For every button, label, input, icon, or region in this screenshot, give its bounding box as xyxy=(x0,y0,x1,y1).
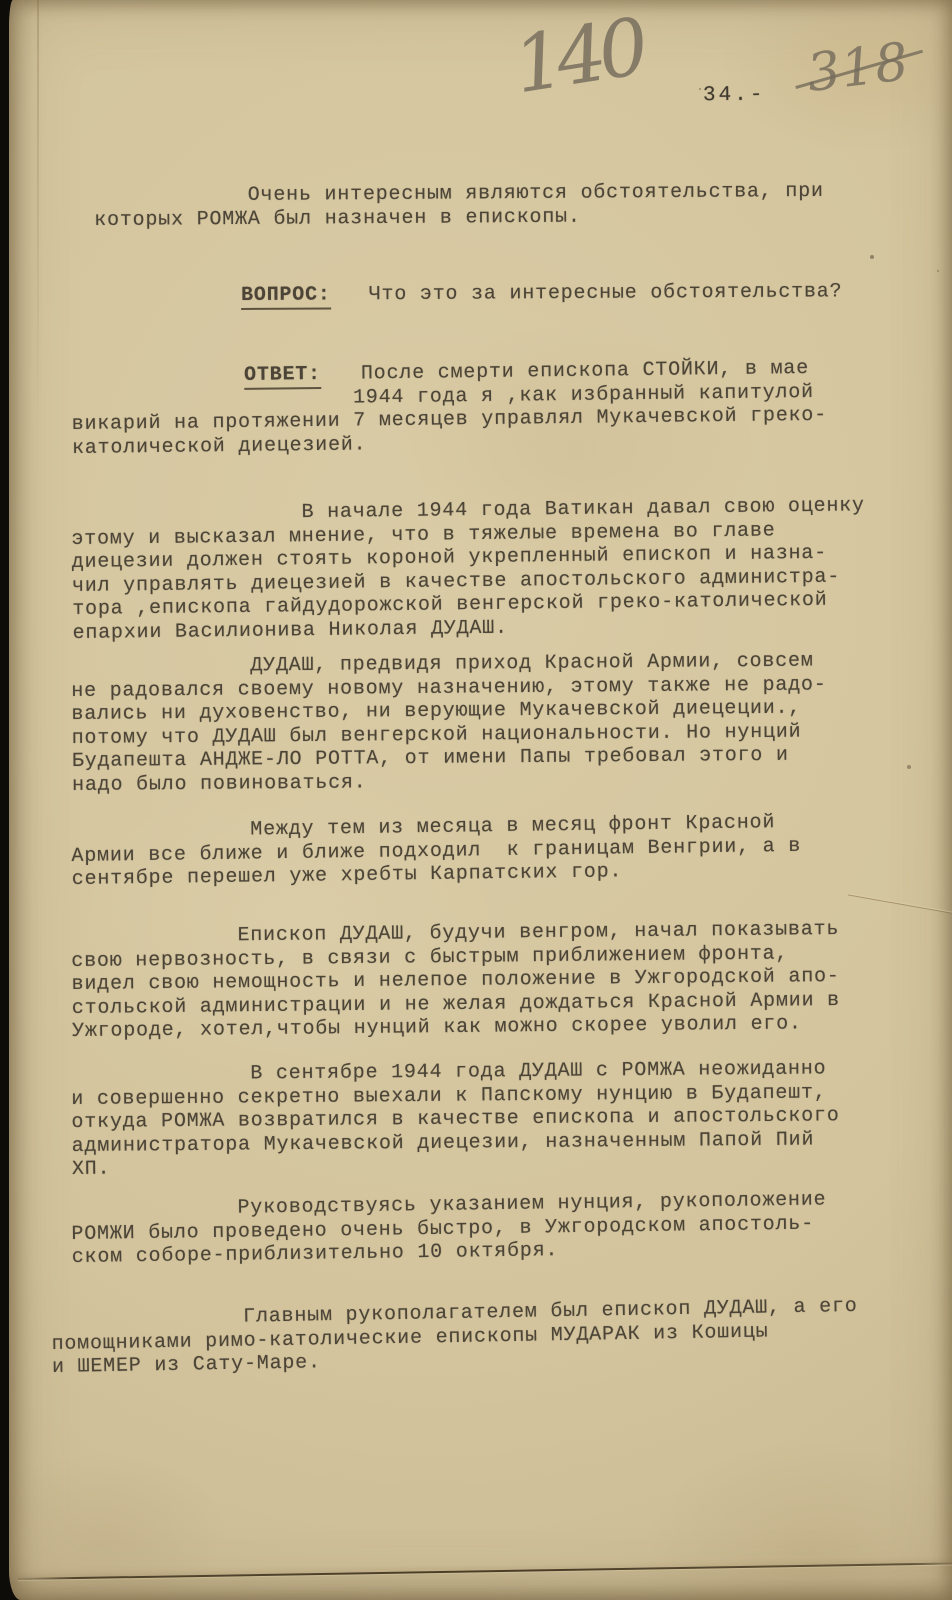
page-number: 34.- xyxy=(703,84,766,108)
paper-crease-left-edge xyxy=(37,0,39,430)
handwritten-number-318-struck: 318 xyxy=(804,32,913,104)
paragraph-budapest-trip: В сентябре 1944 года ДУДАШ с РОМЖА неожи… xyxy=(71,1057,840,1181)
question-label: ВОПРОС: xyxy=(241,283,331,310)
question-text: Что это за интересные обстоятельства? xyxy=(369,280,843,306)
paper-specks xyxy=(9,0,11,2)
answer-label: ОТВЕТ: xyxy=(244,363,321,390)
paragraph-consecration: Руководствуясь указанием нунция, рукопол… xyxy=(71,1188,827,1269)
answer-indent xyxy=(71,380,244,382)
handwritten-number-140: 140 xyxy=(508,3,648,112)
paragraph-consecrators: Главным рукополагателем был епископ ДУДА… xyxy=(51,1295,859,1380)
paper-crease-right xyxy=(848,894,952,916)
intro-paragraph: Очень интересным являются обстоятельства… xyxy=(94,180,824,232)
paragraph-dudash-nervousness: Епископ ДУДАШ, будучи венгром, начал пок… xyxy=(71,918,840,1044)
answer-lines: 1944 года я ,как избранный капитулойвика… xyxy=(71,380,827,460)
paragraph-vatican-assessment: В начале 1944 года Ватикан давал свою оц… xyxy=(71,494,866,645)
paper-page: 140 34.- 318 Очень интересным являются о… xyxy=(9,0,952,1600)
answer-paragraph: ОТВЕТ:После смерти епископа СТОЙКИ, в ма… xyxy=(71,357,827,460)
typed-line: которых РОМЖА был назначен в епископы. xyxy=(94,203,824,232)
paragraph-dudash-reaction: ДУДАШ, предвидя приход Красной Армии, со… xyxy=(71,649,828,797)
paragraph-front-approaching: Между тем из месяца в месяц фронт Красно… xyxy=(71,811,802,892)
question-line: ВОПРОС:Что это за интересные обстоятельс… xyxy=(241,280,842,307)
scanned-document: { "theme": { "paper_color": "#d6c7a1", "… xyxy=(0,0,952,1600)
